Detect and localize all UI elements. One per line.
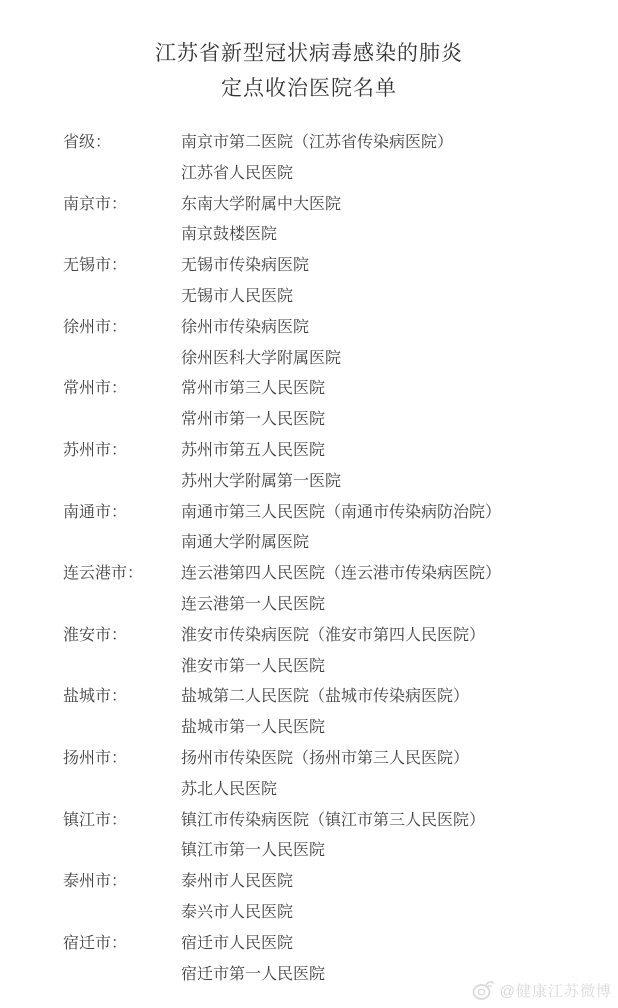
hospital-name: 泰州市人民医院 (181, 867, 293, 898)
hospital-name: 连云港第一人民医院 (181, 590, 325, 621)
list-row: 省级： 南京市第二医院（江苏省传染病医院） (63, 128, 603, 159)
title-line-1: 江苏省新型冠状病毒感染的肺炎 (0, 36, 618, 71)
hospital-name: 无锡市人民医院 (181, 282, 293, 313)
hospital-name: 苏州市第五人民医院 (181, 436, 325, 467)
region-label: 泰州市： (63, 867, 177, 898)
region-label: 南通市： (63, 498, 177, 529)
hospital-name: 泰兴市人民医院 (181, 898, 293, 929)
hospital-name: 常州市第一人民医院 (181, 405, 325, 436)
list-row: 南京市： 东南大学附属中大医院 (63, 190, 603, 221)
hospital-name: 徐州医科大学附属医院 (181, 344, 341, 375)
hospital-name: 盐城市第一人民医院 (181, 713, 325, 744)
list-row: 淮安市第一人民医院 (63, 652, 603, 683)
watermark: @健康江苏微博 (471, 978, 612, 1002)
hospital-name: 南通市第三人民医院（南通市传染病防治院） (181, 498, 501, 529)
hospital-name: 南通大学附属医院 (181, 528, 309, 559)
hospital-name: 无锡市传染病医院 (181, 251, 309, 282)
list-row: 无锡市： 无锡市传染病医院 (63, 251, 603, 282)
region-label: 淮安市： (63, 621, 177, 652)
list-row: 苏北人民医院 (63, 775, 603, 806)
hospital-name: 镇江市传染病医院（镇江市第三人民医院） (181, 806, 485, 837)
region-label: 连云港市： (63, 559, 177, 590)
hospital-name: 苏北人民医院 (181, 775, 277, 806)
region-label: 常州市： (63, 374, 177, 405)
weibo-logo-icon (471, 978, 495, 1002)
list-row: 镇江市： 镇江市传染病医院（镇江市第三人民医院） (63, 806, 603, 837)
list-row: 江苏省人民医院 (63, 159, 603, 190)
hospital-name: 宿迁市第一人民医院 (181, 960, 325, 991)
region-label: 镇江市： (63, 806, 177, 837)
watermark-text: @健康江苏微博 (500, 980, 612, 1001)
hospital-name: 徐州市传染病医院 (181, 313, 309, 344)
hospital-name: 南京市第二医院（江苏省传染病医院） (181, 128, 453, 159)
list-row: 盐城市第一人民医院 (63, 713, 603, 744)
region-label: 徐州市： (63, 313, 177, 344)
list-row: 苏州大学附属第一医院 (63, 467, 603, 498)
list-row: 泰州市： 泰州市人民医院 (63, 867, 603, 898)
title-line-2: 定点收治医院名单 (0, 71, 618, 106)
hospital-name: 苏州大学附属第一医院 (181, 467, 341, 498)
hospital-name: 盐城第二人民医院（盐城市传染病医院） (181, 682, 469, 713)
list-row: 南通大学附属医院 (63, 528, 603, 559)
list-row: 常州市第一人民医院 (63, 405, 603, 436)
hospital-name: 淮安市第一人民医院 (181, 652, 325, 683)
list-row: 淮安市： 淮安市传染病医院（淮安市第四人民医院） (63, 621, 603, 652)
list-row: 扬州市： 扬州市传染医院（扬州市第三人民医院） (63, 744, 603, 775)
list-row: 徐州医科大学附属医院 (63, 344, 603, 375)
hospital-name: 扬州市传染医院（扬州市第三人民医院） (181, 744, 469, 775)
list-row: 连云港市： 连云港第四人民医院（连云港市传染病医院） (63, 559, 603, 590)
list-row: 无锡市人民医院 (63, 282, 603, 313)
hospital-name: 宿迁市人民医院 (181, 929, 293, 960)
list-row: 连云港第一人民医院 (63, 590, 603, 621)
list-row: 盐城市： 盐城第二人民医院（盐城市传染病医院） (63, 682, 603, 713)
region-label: 扬州市： (63, 744, 177, 775)
list-row: 泰兴市人民医院 (63, 898, 603, 929)
region-label: 南京市： (63, 190, 177, 221)
list-row: 苏州市： 苏州市第五人民医院 (63, 436, 603, 467)
hospital-name: 常州市第三人民医院 (181, 374, 325, 405)
hospital-name: 淮安市传染病医院（淮安市第四人民医院） (181, 621, 485, 652)
hospital-name: 镇江市第一人民医院 (181, 836, 325, 867)
hospital-name: 南京鼓楼医院 (181, 220, 277, 251)
region-label: 苏州市： (63, 436, 177, 467)
document-title: 江苏省新型冠状病毒感染的肺炎 定点收治医院名单 (0, 36, 618, 106)
list-row: 常州市： 常州市第三人民医院 (63, 374, 603, 405)
hospital-name: 江苏省人民医院 (181, 159, 293, 190)
document-page: 江苏省新型冠状病毒感染的肺炎 定点收治医院名单 省级： 南京市第二医院（江苏省传… (0, 0, 618, 1008)
region-label: 省级： (63, 128, 177, 159)
list-row: 南京鼓楼医院 (63, 220, 603, 251)
list-row: 南通市： 南通市第三人民医院（南通市传染病防治院） (63, 498, 603, 529)
region-label: 宿迁市： (63, 929, 177, 960)
list-row: 徐州市： 徐州市传染病医院 (63, 313, 603, 344)
list-row: 宿迁市： 宿迁市人民医院 (63, 929, 603, 960)
region-label: 盐城市： (63, 682, 177, 713)
hospital-name: 东南大学附属中大医院 (181, 190, 341, 221)
list-row: 镇江市第一人民医院 (63, 836, 603, 867)
hospital-name: 连云港第四人民医院（连云港市传染病医院） (181, 559, 501, 590)
hospital-list: 省级： 南京市第二医院（江苏省传染病医院） 江苏省人民医院 南京市： 东南大学附… (63, 128, 603, 990)
region-label: 无锡市： (63, 251, 177, 282)
